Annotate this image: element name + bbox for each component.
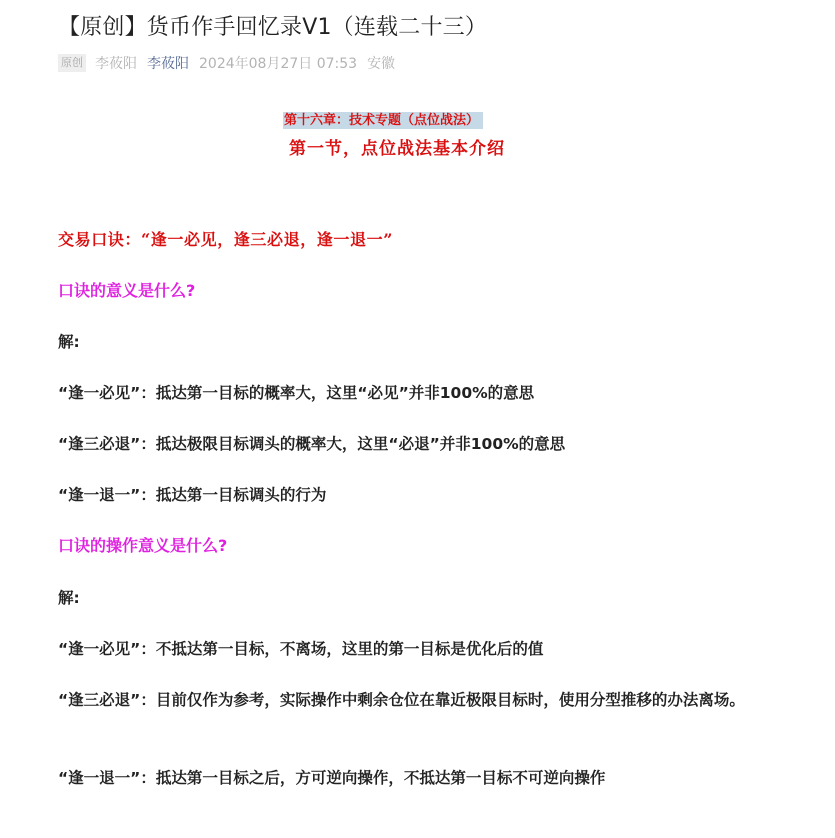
paragraph: “逢三必退”：抵达极限目标调头的概率大，这里“必退”并非100%的意思 <box>58 430 565 458</box>
publish-date: 2024年08月27日 07:53 <box>199 53 357 73</box>
article-title: 【原创】货币作手回忆录V1（连载二十三） <box>58 10 487 41</box>
account-name-link[interactable]: 李莜阳 <box>147 53 189 73</box>
trading-mantra: 交易口诀：“逢一必见，逢三必退，逢一退一” <box>58 226 393 254</box>
section-heading: 第一节，点位战法基本介绍 <box>289 134 505 159</box>
paragraph: “逢一必见”：抵达第一目标的概率大，这里“必见”并非100%的意思 <box>58 379 534 407</box>
paragraph: “逢一退一”：抵达第一目标之后，方可逆向操作，不抵达第一目标不可逆向操作 <box>58 764 605 792</box>
answer-label: 解: <box>58 584 80 612</box>
chapter-heading: 第十六章：技术专题（点位战法） <box>283 112 483 129</box>
paragraph: “逢一退一”：抵达第一目标调头的行为 <box>58 481 326 509</box>
question-heading: 口诀的操作意义是什么? <box>58 532 227 560</box>
paragraph: “逢一必见”：不抵达第一目标，不离场，这里的第一目标是优化后的值 <box>58 635 543 663</box>
article-meta: 原创 李莜阳 李莜阳 2024年08月27日 07:53 安徽 <box>58 53 395 73</box>
answer-label: 解: <box>58 328 80 356</box>
question-heading: 口诀的意义是什么? <box>58 277 195 305</box>
publish-location: 安徽 <box>367 53 395 73</box>
paragraph: “逢三必退”：目前仅作为参考，实际操作中剩余仓位在靠近极限目标时，使用分型推移的… <box>58 686 748 714</box>
original-badge: 原创 <box>58 54 86 72</box>
author-name: 李莜阳 <box>95 53 137 73</box>
